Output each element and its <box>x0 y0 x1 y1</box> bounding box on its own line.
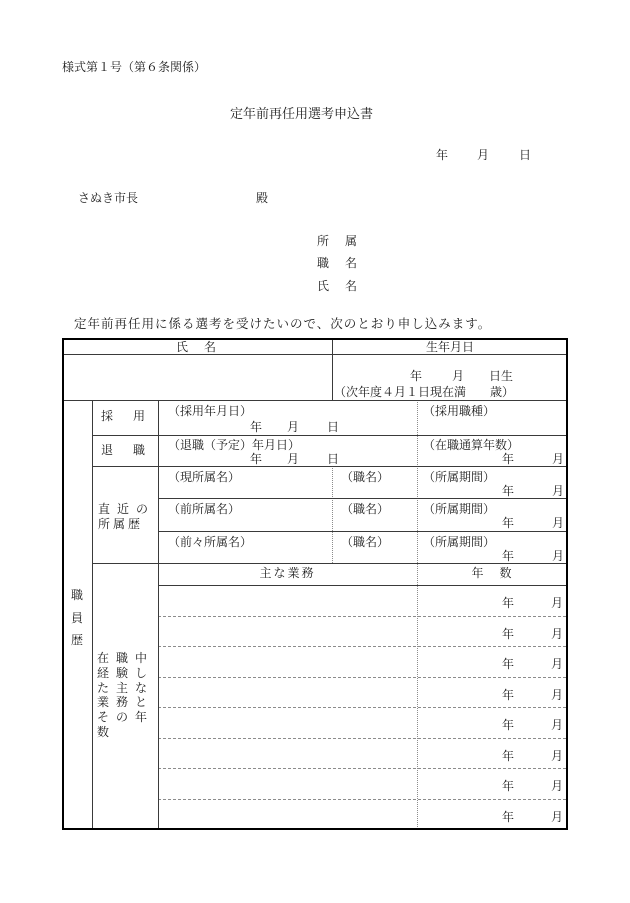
year-unit-label: 年 <box>502 779 514 793</box>
year-unit-label: 年 <box>250 452 262 466</box>
retire-row: （退職（予定）年月日） 年 月 日 （在職通算年数） 年 月 <box>158 435 568 466</box>
year-unit-label: 年 <box>502 596 514 610</box>
affiliation-period-field-label: （所属期間） <box>423 470 495 484</box>
application-statement: 定年前再任用に係る選考を受けたいので、次のとおり申し込みます。 <box>74 317 491 332</box>
before-previous-affiliation-field-label: （前々所属名） <box>168 535 252 549</box>
year-unit-label: 年 <box>502 718 514 732</box>
hire-jobtype-field-label: （採用職種） <box>423 404 495 418</box>
document-title: 定年前再任用選考申込書 <box>230 106 373 122</box>
year-unit-label: 年 <box>502 549 514 563</box>
month-unit-label: 月 <box>551 627 563 641</box>
duties-label-line: 数 <box>97 725 163 740</box>
duty-row: 年 月 <box>417 677 568 707</box>
retire-row-label: 退 職 <box>92 443 158 457</box>
recent-affiliation-label-line: 所属歴 <box>98 517 164 532</box>
month-unit-label: 月 <box>551 596 563 610</box>
day-unit-label: 日 <box>519 148 531 162</box>
age-note: （次年度４月１日現在満 歳） <box>334 385 514 399</box>
duty-row: 年 月 <box>417 616 568 646</box>
name-label: 氏 名 <box>317 279 359 293</box>
main-duties-header: 主な業務 <box>158 566 417 580</box>
year-unit-label: 年 <box>502 516 514 530</box>
document-page: 様式第１号（第６条関係） 定年前再任用選考申込書 年 月 日 さぬき市長 殿 所… <box>0 0 630 903</box>
year-unit-label: 年 <box>502 452 514 466</box>
day-unit-label: 日 <box>327 420 339 434</box>
duty-row: 年 月 <box>417 799 568 830</box>
duties-experience-label: 在職中 経験し た主な 業務と その年 数 <box>92 651 163 740</box>
year-unit-label: 年 <box>502 810 514 824</box>
duty-row: 年 月 <box>417 768 568 799</box>
affiliation-label: 所 属 <box>317 234 359 248</box>
axis-char: 歴 <box>62 629 92 652</box>
name-column-header: 氏 名 <box>62 340 332 354</box>
year-unit-label: 年 <box>410 369 422 383</box>
year-unit-label: 年 <box>502 749 514 763</box>
career-history-axis-label: 職 員 歴 <box>62 584 92 652</box>
year-unit-label: 年 <box>436 148 448 162</box>
duty-row: 年 月 <box>417 646 568 677</box>
month-unit-label: 月 <box>287 452 299 466</box>
form-number-text: 様式第１号（第６条関係） <box>62 60 206 74</box>
month-unit-label: 月 <box>551 810 563 824</box>
year-unit-label: 年 <box>502 484 514 498</box>
month-unit-label: 月 <box>551 688 563 702</box>
month-unit-label: 月 <box>551 779 563 793</box>
affiliation-row-previous: （前所属名） （職名） （所属期間） 年 月 <box>158 498 568 531</box>
year-unit-label: 年 <box>502 688 514 702</box>
month-unit-label: 月 <box>552 516 564 530</box>
addressee-honorific: 殿 <box>256 191 268 205</box>
job-title-field-label: （職名） <box>341 502 389 516</box>
month-unit-label: 月 <box>287 420 299 434</box>
job-title-field-label: （職名） <box>341 535 389 549</box>
recent-affiliation-label-line: 直近の <box>98 502 164 517</box>
hire-row: （採用年月日） 年 月 日 （採用職種） <box>158 400 568 435</box>
duties-label-line: た主な <box>97 681 163 696</box>
axis-char: 職 <box>62 584 92 607</box>
duties-label-line: 在職中 <box>97 651 163 666</box>
month-unit-label: 月 <box>551 657 563 671</box>
year-unit-label: 年 <box>502 657 514 671</box>
current-affiliation-field-label: （現所属名） <box>168 470 240 484</box>
duty-row: 年 月 <box>417 707 568 738</box>
duty-row: 年 月 <box>417 738 568 768</box>
day-unit-label: 日 <box>327 452 339 466</box>
years-count-header: 年 数 <box>417 566 568 580</box>
affiliation-row-current: （現所属名） （職名） （所属期間） 年 月 <box>158 466 568 498</box>
hire-row-label: 採 用 <box>92 409 158 423</box>
affiliation-period-field-label: （所属期間） <box>423 535 495 549</box>
month-unit-label: 月 <box>552 452 564 466</box>
duties-label-line: 経験し <box>97 666 163 681</box>
month-unit-label: 月 <box>452 369 464 383</box>
affiliation-period-field-label: （所属期間） <box>423 502 495 516</box>
recent-affiliation-label: 直近の 所属歴 <box>92 502 164 532</box>
service-years-field-label: （在職通算年数） <box>423 438 519 452</box>
previous-affiliation-field-label: （前所属名） <box>168 502 240 516</box>
duties-label-line: 業務と <box>97 695 163 710</box>
month-unit-label: 月 <box>552 484 564 498</box>
axis-char: 員 <box>62 607 92 630</box>
retire-date-field-label: （退職（予定）年月日） <box>168 438 300 452</box>
year-unit-label: 年 <box>250 420 262 434</box>
month-unit-label: 月 <box>551 749 563 763</box>
month-unit-label: 月 <box>477 148 489 162</box>
hire-date-field-label: （採用年月日） <box>168 404 252 418</box>
year-unit-label: 年 <box>502 627 514 641</box>
position-label: 職 名 <box>317 256 359 270</box>
job-title-field-label: （職名） <box>341 470 389 484</box>
affiliation-row-before-previous: （前々所属名） （職名） （所属期間） 年 月 <box>158 531 568 563</box>
birth-day-label: 日生 <box>489 369 513 383</box>
month-unit-label: 月 <box>551 718 563 732</box>
month-unit-label: 月 <box>552 549 564 563</box>
birthdate-column-header: 生年月日 <box>332 340 568 354</box>
duties-label-line: その年 <box>97 710 163 725</box>
addressee-name: さぬき市長 <box>78 191 138 205</box>
duty-row: 年 月 <box>417 585 568 616</box>
